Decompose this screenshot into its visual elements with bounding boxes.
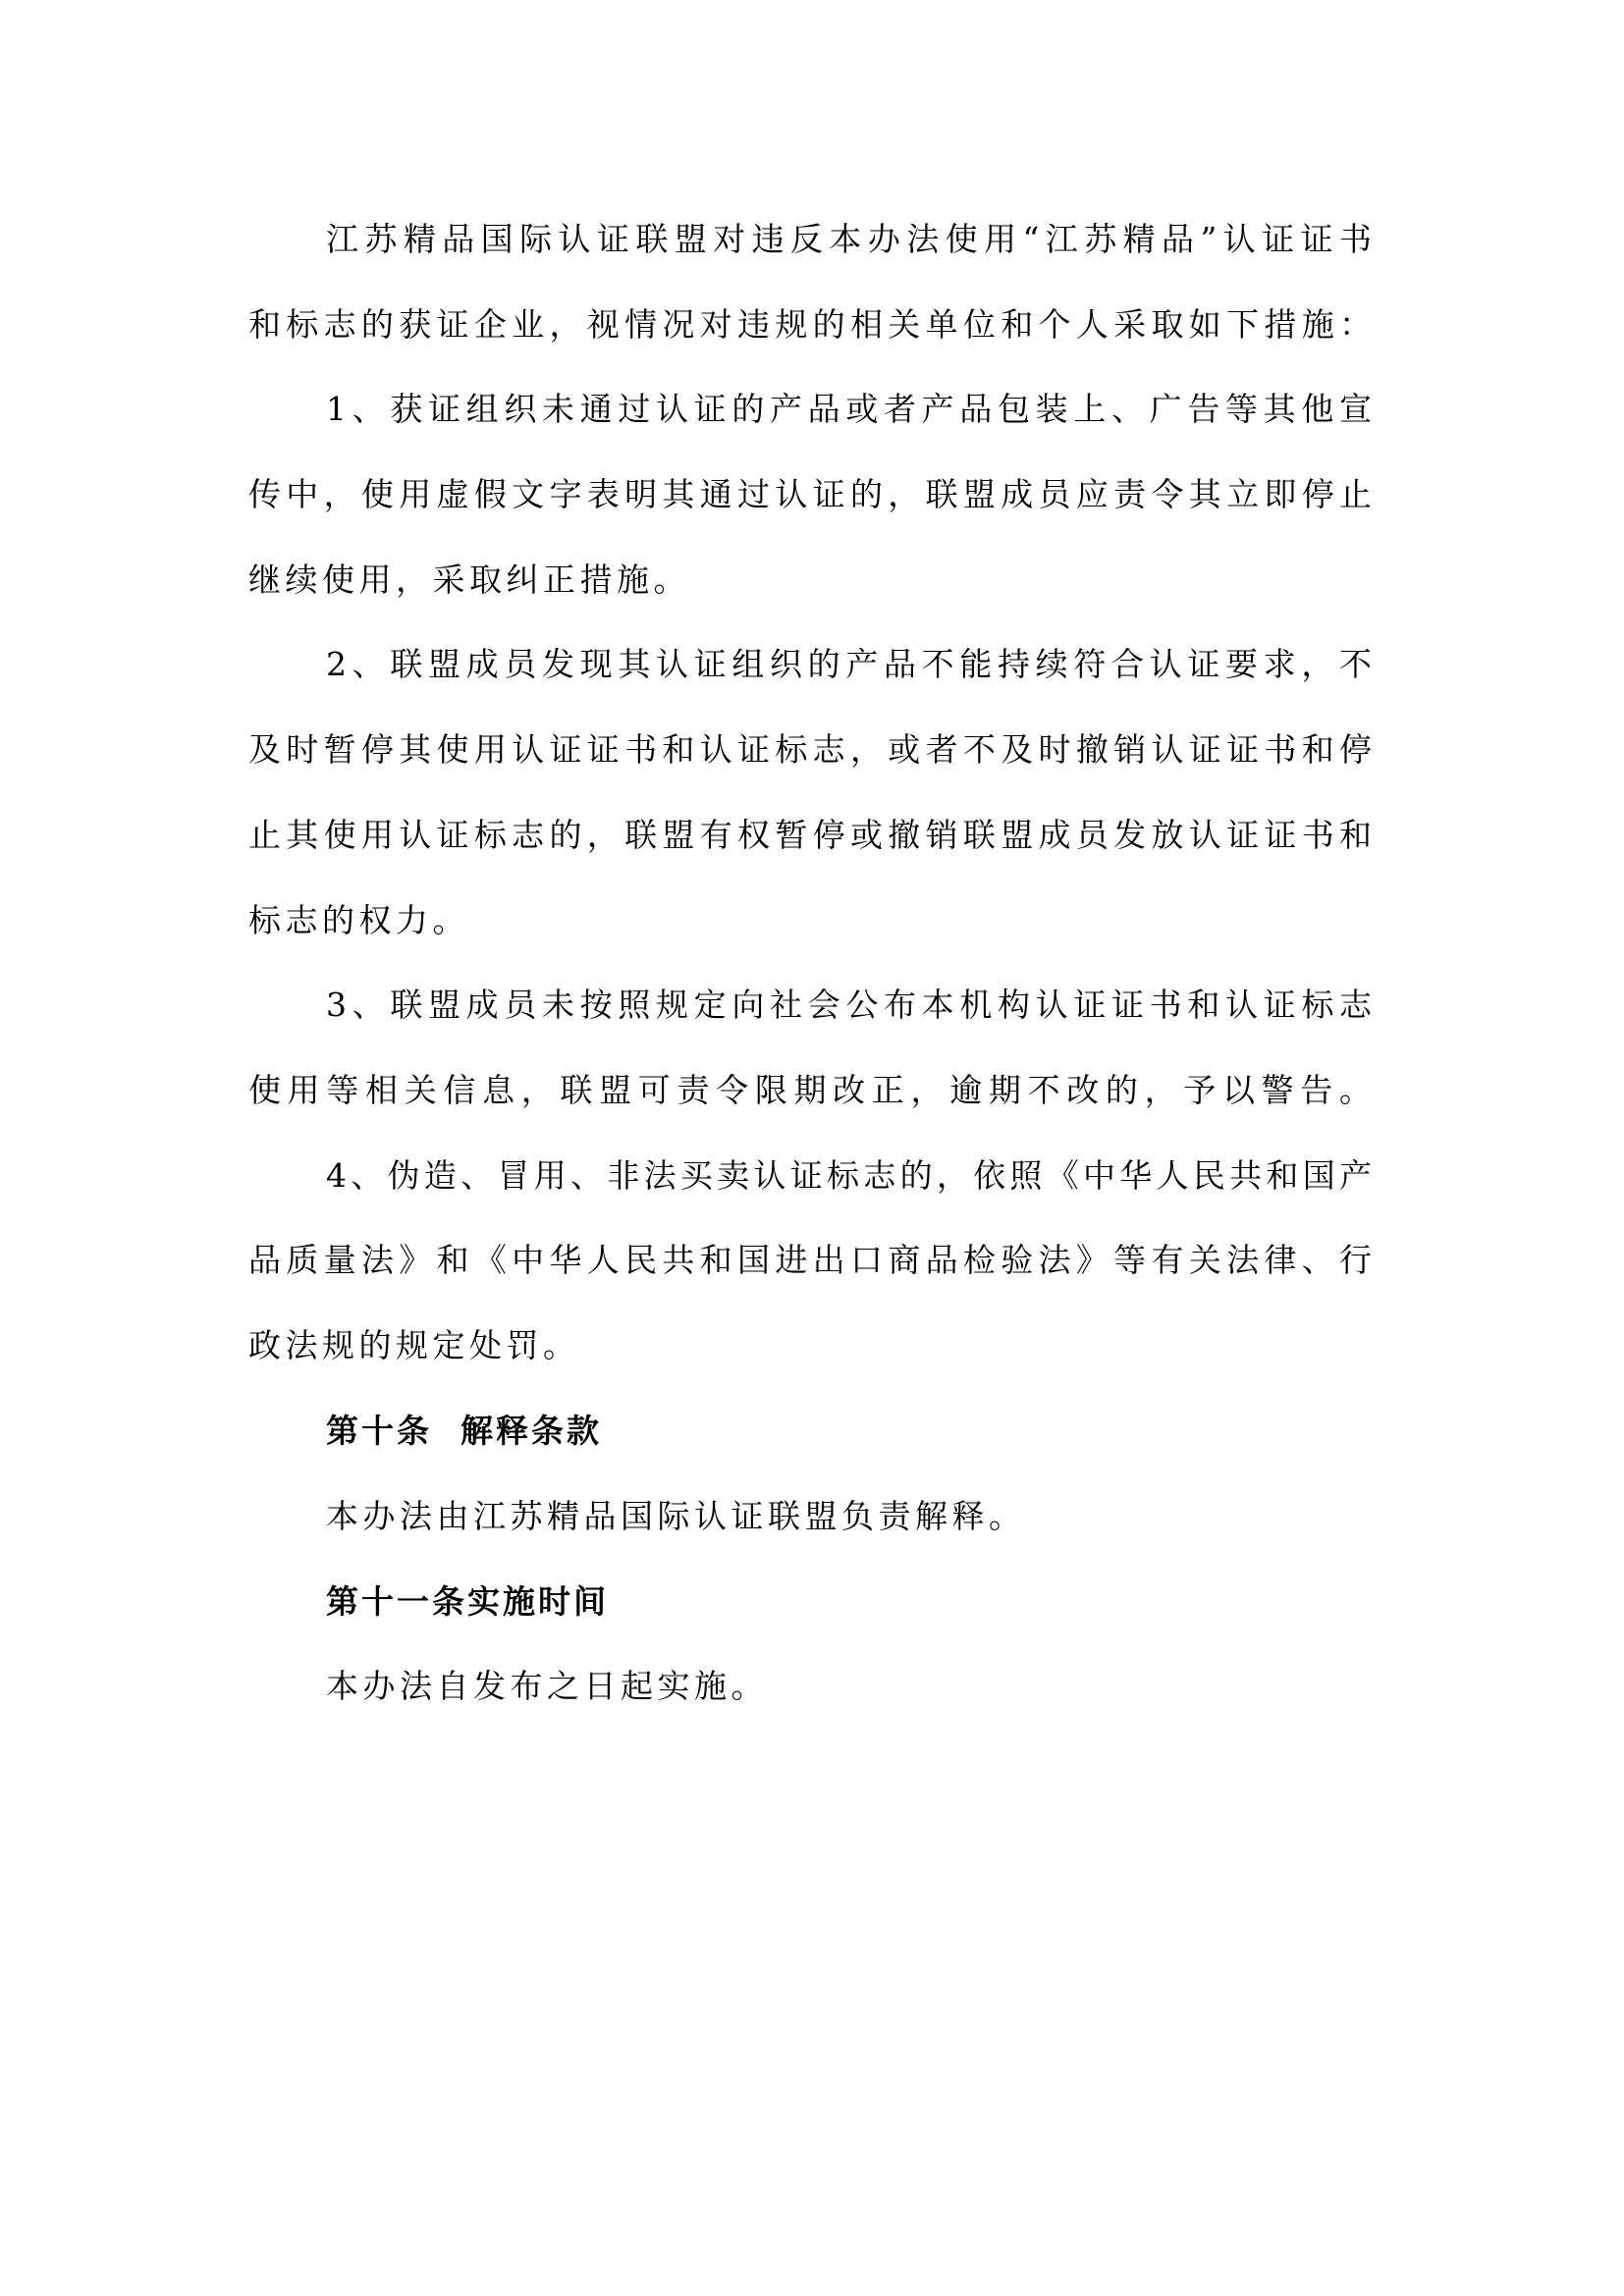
clause-2-line-3: 止其使用认证标志的，联盟有权暂停或撤销联盟成员发放认证证书和 (248, 811, 1372, 860)
clause-4-line-2: 品质量法》和《中华人民共和国进出口商品检验法》等有关法律、行 (248, 1236, 1372, 1285)
clause-1-line-1: 1、获证组织未通过认证的产品或者产品包装上、广告等其他宣 (326, 385, 1372, 434)
clause-1-line-3: 继续使用，采取纠正措施。 (248, 556, 1372, 605)
paragraph-intro-line-2: 和标志的获证企业，视情况对违规的相关单位和个人采取如下措施： (248, 300, 1372, 349)
article-11-heading: 第十一条实施时间 (326, 1577, 1372, 1627)
clause-3-line-1: 3、联盟成员未按照规定向社会公布本机构认证证书和认证标志 (326, 981, 1372, 1030)
article-11-body: 本办法自发布之日起实施。 (326, 1662, 1372, 1711)
article-10-body: 本办法由江苏精品国际认证联盟负责解释。 (326, 1492, 1372, 1541)
paragraph-intro-line-1: 江苏精品国际认证联盟对违反本办法使用“江苏精品”认证证书 (326, 215, 1372, 264)
clause-2-line-4: 标志的权力。 (248, 896, 1372, 945)
clause-2-line-2: 及时暂停其使用认证证书和认证标志，或者不及时撤销认证证书和停 (248, 725, 1372, 774)
clause-2-line-1: 2、联盟成员发现其认证组织的产品不能持续符合认证要求，不 (326, 640, 1372, 689)
article-10-heading: 第十条 解释条款 (326, 1407, 1372, 1456)
clause-3-line-2: 使用等相关信息，联盟可责令限期改正，逾期不改的，予以警告。 (248, 1066, 1372, 1115)
clause-4-line-1: 4、伪造、冒用、非法买卖认证标志的，依照《中华人民共和国产 (326, 1151, 1372, 1201)
clause-1-line-2: 传中，使用虚假文字表明其通过认证的，联盟成员应责令其立即停止 (248, 470, 1372, 519)
clause-4-line-3: 政法规的规定处罚。 (248, 1321, 1372, 1370)
document-page: 江苏精品国际认证联盟对违反本办法使用“江苏精品”认证证书 和标志的获证企业，视情… (0, 0, 1624, 2296)
